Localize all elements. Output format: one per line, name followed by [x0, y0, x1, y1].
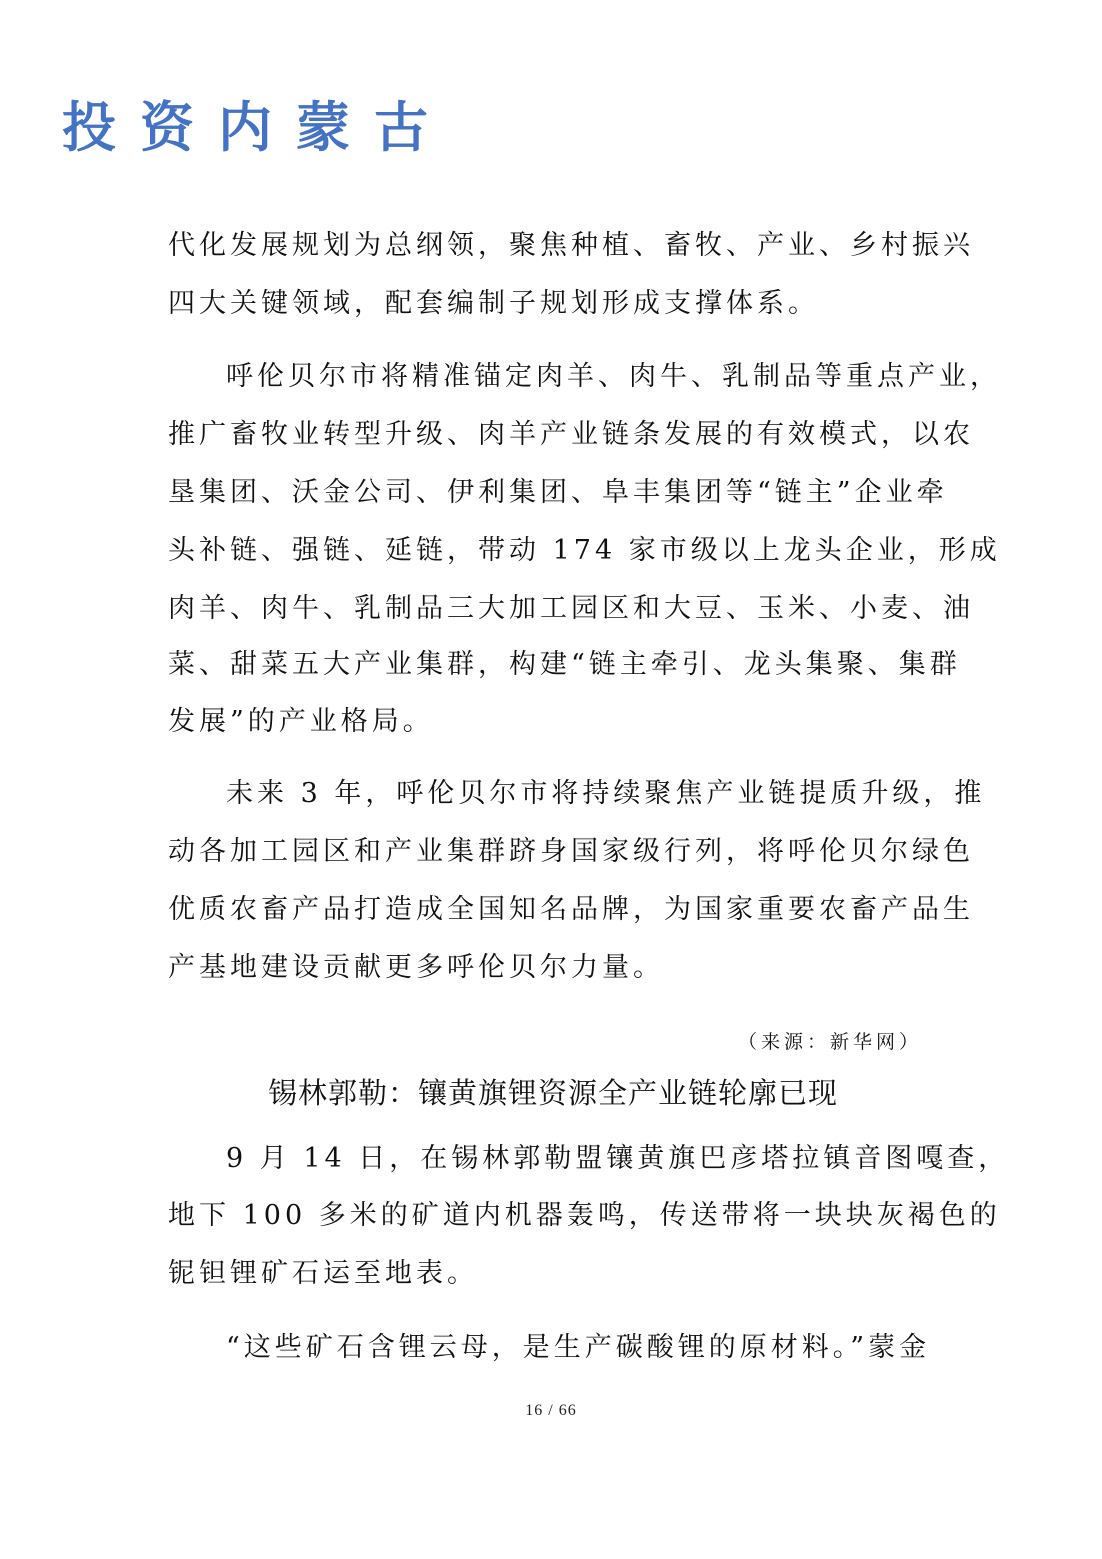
- paragraph-line: 动各加工园区和产业集群跻身国家级行列，将呼伦贝尔绿色: [168, 832, 974, 872]
- paragraph-line: 四大关键领域，配套编制子规划形成支撑体系。: [168, 284, 819, 324]
- paragraph-line: 未来 3 年，呼伦贝尔市将持续聚焦产业链提质升级，推: [226, 774, 985, 814]
- source-attribution: （来源：新华网）: [738, 1024, 922, 1060]
- paragraph-line: 发展”的产业格局。: [168, 702, 434, 742]
- paragraph-line: 地下 100 多米的矿道内机器轰鸣，传送带将一块块灰褐色的: [168, 1196, 1001, 1236]
- paragraph-line: 产基地建设贡献更多呼伦贝尔力量。: [168, 948, 664, 988]
- paragraph-line: 铌钽锂矿石运至地表。: [168, 1254, 478, 1294]
- paragraph-line: 呼伦贝尔市将精准锚定肉羊、肉牛、乳制品等重点产业，: [226, 357, 1001, 397]
- page-number: 16 / 66: [0, 1402, 1102, 1420]
- paragraph-line: 优质农畜产品打造成全国知名品牌，为国家重要农畜产品生: [168, 890, 974, 930]
- paragraph-line: 菜、甜菜五大产业集群，构建“链主牵引、龙头集聚、集群: [168, 645, 961, 685]
- paragraph-line: 代化发展规划为总纲领，聚焦种植、畜牧、产业、乡村振兴: [168, 226, 974, 266]
- paragraph-line: 垦集团、沃金公司、伊利集团、阜丰集团等“链主”企业牵: [168, 473, 948, 513]
- paragraph-line: “这些矿石含锂云母，是生产碳酸锂的原材料。”蒙金: [226, 1328, 930, 1368]
- article-heading: 锡林郭勒：镶黄旗锂资源全产业链轮廓已现: [268, 1070, 838, 1116]
- paragraph-line: 头补链、强链、延链，带动 174 家市级以上龙头企业，形成: [168, 531, 1001, 571]
- masthead-title: 投资内蒙古: [62, 92, 452, 162]
- paragraph-line: 推广畜牧业转型升级、肉羊产业链条发展的有效模式，以农: [168, 415, 974, 455]
- paragraph-line: 肉羊、肉牛、乳制品三大加工园区和大豆、玉米、小麦、油: [168, 589, 974, 629]
- paragraph-line: 9 月 14 日，在锡林郭勒盟镶黄旗巴彦塔拉镇音图嘎查，: [226, 1139, 1009, 1179]
